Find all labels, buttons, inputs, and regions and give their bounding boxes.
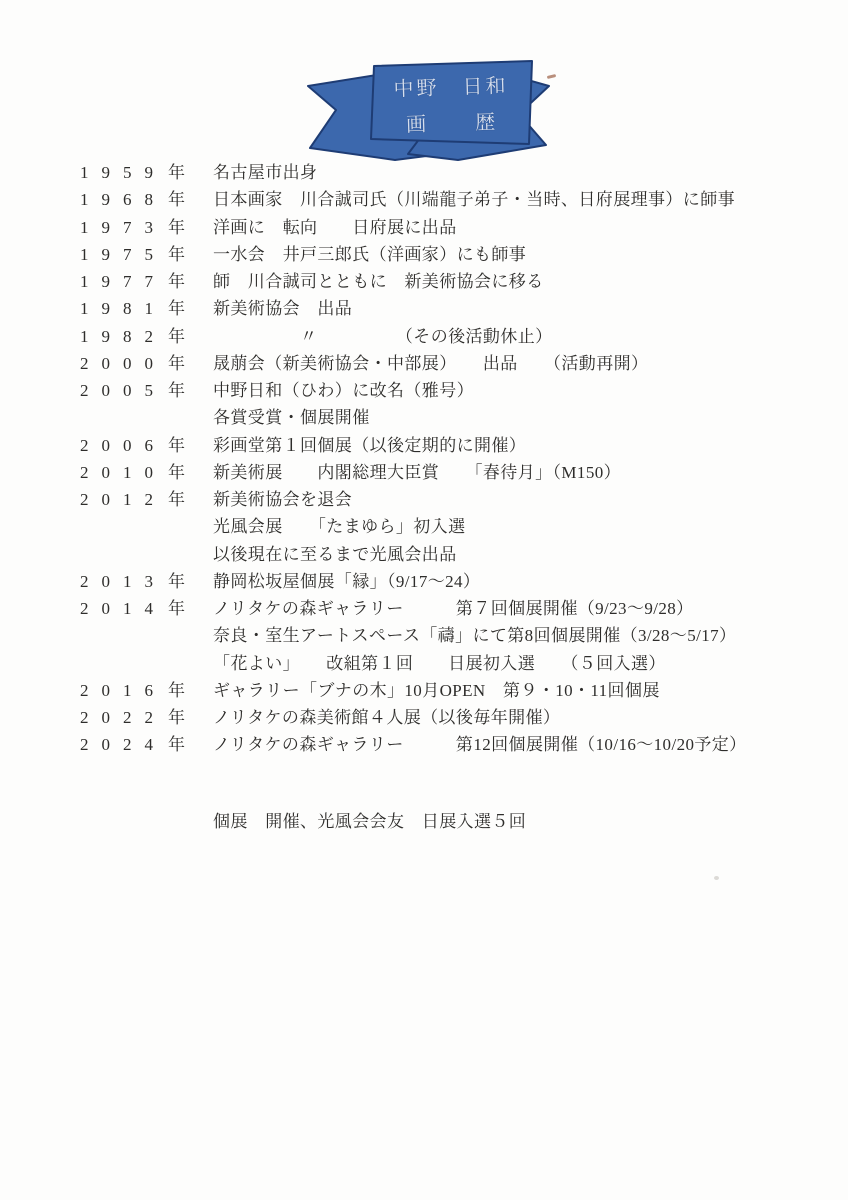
year-suffix: 年: [168, 323, 185, 350]
year-digits: 1959: [80, 159, 166, 186]
history-row: 1977 年 師 川合誠司とともに 新美術協会に移る: [0, 268, 848, 295]
year-suffix: 年: [168, 186, 185, 213]
history-row: 1959 年 名古屋市出身: [0, 159, 848, 186]
history-list: 1959 年 名古屋市出身 1968 年 日本画家 川合誠司氏（川端龍子弟子・当…: [0, 159, 848, 759]
year-digits: 2006: [80, 432, 166, 459]
history-row: 2012 年 新美術協会を退会: [0, 486, 848, 513]
scanned-document-page: 中野 日和 画 歴 1959 年 名古屋市出身 1968 年 日本画家 川合誠司…: [0, 0, 848, 1200]
year-digits: 2013: [80, 568, 166, 595]
entry-text: 一水会 井戸三郎氏（洋画家）にも師事: [213, 241, 526, 268]
year-digits: 1981: [80, 295, 166, 322]
year-digits: 2010: [80, 459, 166, 486]
history-row: 2014 年 ノリタケの森ギャラリー 第７回個展開催（9/23～9/28）: [0, 595, 848, 622]
year-suffix: 年: [168, 350, 185, 377]
year-digits: 1973: [80, 214, 166, 241]
history-row: 2000 年 晟萠会（新美術協会・中部展） 出品 （活動再開）: [0, 350, 848, 377]
year-digits: 2024: [80, 731, 166, 758]
entry-text: 各賞受賞・個展開催: [213, 404, 370, 431]
year-digits: 1982: [80, 323, 166, 350]
year-suffix: 年: [168, 241, 185, 268]
year-suffix: 年: [168, 159, 185, 186]
history-row: 2005 年 中野日和（ひわ）に改名（雅号）: [0, 377, 848, 404]
year-suffix: 年: [168, 214, 185, 241]
history-row: 1981 年 新美術協会 出品: [0, 295, 848, 322]
entry-text: 日本画家 川合誠司氏（川端龍子弟子・当時、日府展理事）に師事: [213, 186, 735, 213]
year-suffix: 年: [168, 486, 185, 513]
entry-text: ノリタケの森ギャラリー 第７回個展開催（9/23～9/28）: [213, 595, 694, 622]
year-digits: 2000: [80, 350, 166, 377]
entry-text: 〃 （その後活動休止）: [213, 323, 553, 350]
entry-text: 晟萠会（新美術協会・中部展） 出品 （活動再開）: [213, 350, 648, 377]
entry-text: 「花よい」 改組第１回 日展初入選 （５回入選）: [213, 650, 666, 677]
entry-text: 洋画に 転向 日府展に出品: [213, 214, 457, 241]
entry-text: 光風会展 「たまゆら」初入選: [213, 513, 466, 540]
entry-text: 中野日和（ひわ）に改名（雅号）: [213, 377, 474, 404]
year-digits: 1975: [80, 241, 166, 268]
year-suffix: 年: [168, 268, 185, 295]
year-suffix: 年: [168, 704, 185, 731]
year-digits: 2014: [80, 595, 166, 622]
year-suffix: 年: [168, 377, 185, 404]
year-suffix: 年: [168, 731, 185, 758]
year-digits: 2016: [80, 677, 166, 704]
year-digits: 2022: [80, 704, 166, 731]
history-row: 1973 年 洋画に 転向 日府展に出品: [0, 214, 848, 241]
year-suffix: 年: [168, 568, 185, 595]
history-row: 以後現在に至るまで光風会出品: [0, 541, 848, 568]
year-suffix: 年: [168, 595, 185, 622]
scan-artifact-speck: [714, 876, 719, 880]
year-suffix: 年: [168, 432, 185, 459]
year-digits: 2005: [80, 377, 166, 404]
entry-text: 名古屋市出身: [213, 159, 317, 186]
history-row: 奈良・室生アートスペース「禱」にて第8回個展開催（3/28～5/17）: [0, 622, 848, 649]
history-row: 「花よい」 改組第１回 日展初入選 （５回入選）: [0, 650, 848, 677]
history-row: 2022 年 ノリタケの森美術館４人展（以後毎年開催）: [0, 704, 848, 731]
history-row: 1968 年 日本画家 川合誠司氏（川端龍子弟子・当時、日府展理事）に師事: [0, 186, 848, 213]
entry-text: 以後現在に至るまで光風会出品: [213, 541, 457, 568]
history-row: 2010 年 新美術展 内閣総理大臣賞 「春待月」（M150）: [0, 459, 848, 486]
entry-text: ノリタケの森美術館４人展（以後毎年開催）: [213, 704, 560, 731]
year-suffix: 年: [168, 459, 185, 486]
entry-text: 師 川合誠司とともに 新美術協会に移る: [213, 268, 544, 295]
summary-line: 個展 開催、光風会会友 日展入選５回: [213, 808, 526, 835]
history-row: 1982 年 〃 （その後活動休止）: [0, 323, 848, 350]
year-suffix: 年: [168, 295, 185, 322]
entry-text: 彩画堂第１回個展（以後定期的に開催）: [213, 432, 526, 459]
history-row: 1975 年 一水会 井戸三郎氏（洋画家）にも師事: [0, 241, 848, 268]
entry-text: ギャラリー「ブナの木」10月OPEN 第９・10・11回個展: [213, 677, 660, 704]
title-ribbon: 中野 日和 画 歴: [300, 56, 556, 166]
banner-subtitle: 画 歴: [406, 105, 499, 137]
year-suffix: 年: [168, 677, 185, 704]
banner-text-block: 中野 日和 画 歴: [370, 59, 533, 146]
year-digits: 1968: [80, 186, 166, 213]
entry-text: 奈良・室生アートスペース「禱」にて第8回個展開催（3/28～5/17）: [213, 622, 736, 649]
history-row: 2016 年 ギャラリー「ブナの木」10月OPEN 第９・10・11回個展: [0, 677, 848, 704]
entry-text: 静岡松坂屋個展「縁」（9/17～24）: [213, 568, 480, 595]
history-row: 光風会展 「たまゆら」初入選: [0, 513, 848, 540]
year-digits: 1977: [80, 268, 166, 295]
entry-text: 新美術展 内閣総理大臣賞 「春待月」（M150）: [213, 459, 621, 486]
entry-text: 新美術協会を退会: [213, 486, 352, 513]
artist-name: 中野 日和: [393, 69, 509, 102]
entry-text: 新美術協会 出品: [213, 295, 352, 322]
history-row: 2024 年 ノリタケの森ギャラリー 第12回個展開催（10/16～10/20予…: [0, 731, 848, 758]
history-row: 2013 年 静岡松坂屋個展「縁」（9/17～24）: [0, 568, 848, 595]
history-row: 2006 年 彩画堂第１回個展（以後定期的に開催）: [0, 432, 848, 459]
entry-text: ノリタケの森ギャラリー 第12回個展開催（10/16～10/20予定）: [213, 731, 747, 758]
year-digits: 2012: [80, 486, 166, 513]
history-row: 各賞受賞・個展開催: [0, 404, 848, 431]
